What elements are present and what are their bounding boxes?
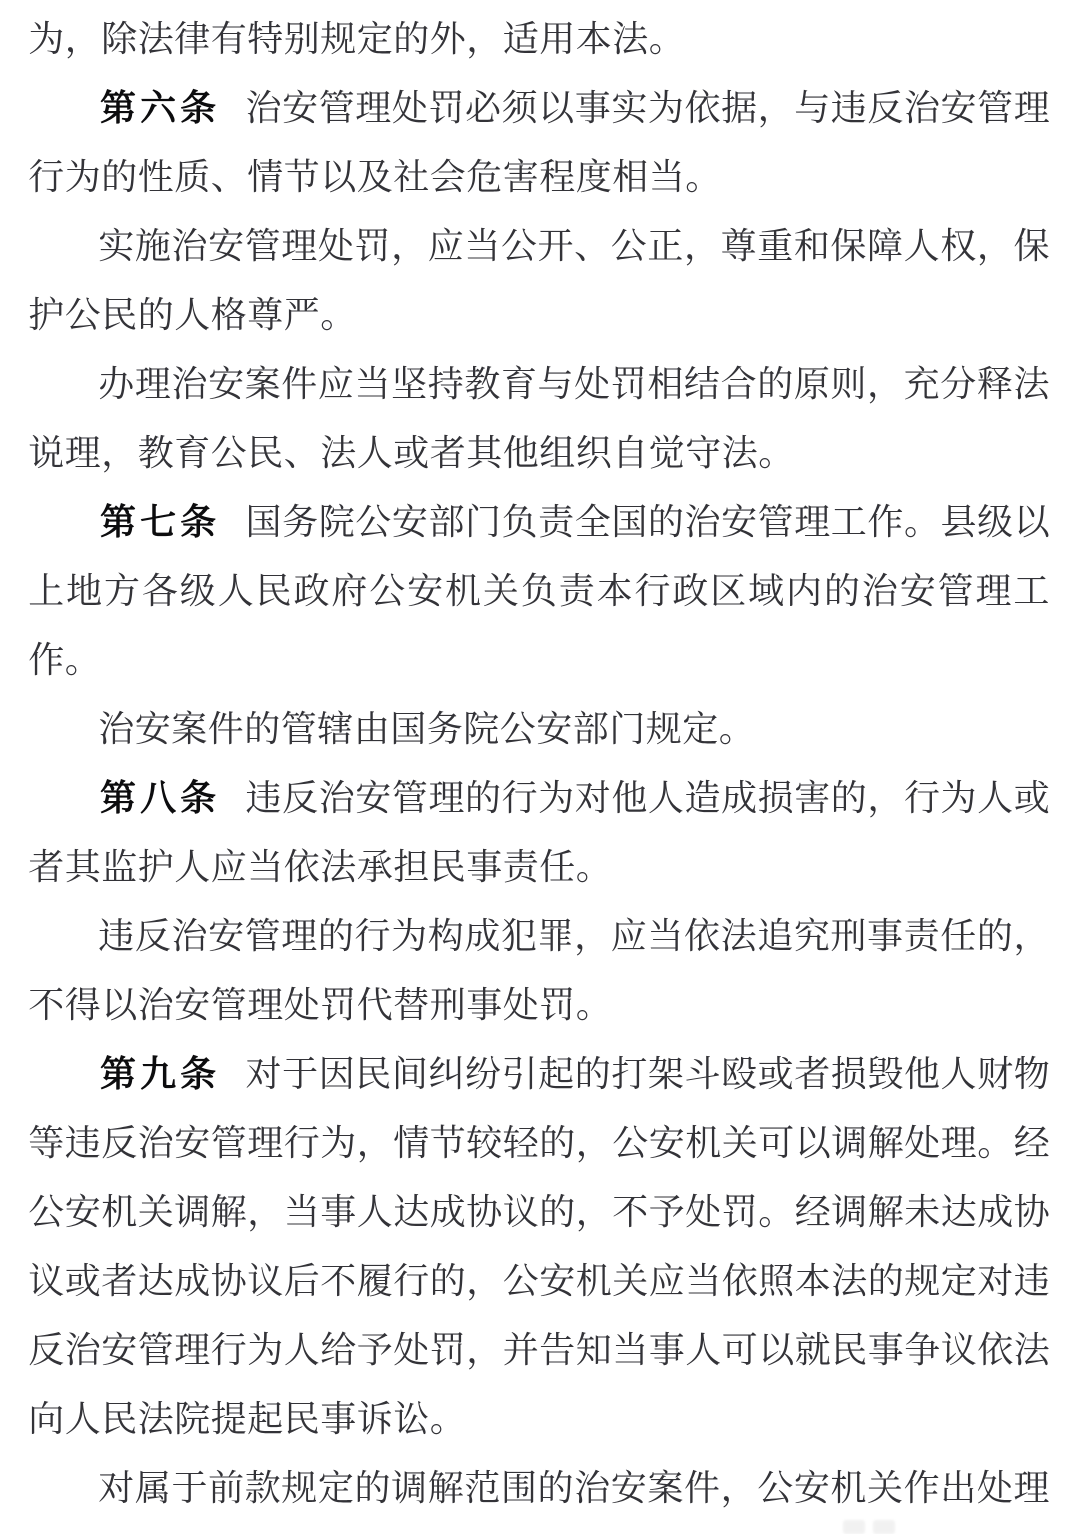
text-char: 应: [318, 364, 355, 406]
text-char: 规: [320, 19, 357, 61]
text-char: 罚: [430, 1330, 467, 1372]
text-char: 理: [247, 985, 284, 1027]
article-first-line: 第八条违反治安管理的行为对他人造成损害的，行为人或: [28, 764, 1050, 833]
text-line: 实施治安管理处罚，应当公开、公正，尊重和保障人权，保: [28, 212, 1050, 281]
text-char: 法: [138, 1399, 175, 1441]
text-char: 及: [357, 157, 394, 199]
text-char: 的: [354, 1468, 391, 1510]
text-char: 的: [393, 19, 430, 61]
text-char: 、: [284, 433, 321, 475]
text-char: 由: [354, 709, 391, 751]
text-char: 充: [903, 364, 940, 406]
article-gap: [218, 798, 245, 799]
text-char: 罚: [320, 985, 357, 1027]
text-char: 用: [539, 19, 576, 61]
text-char: 罚: [611, 364, 648, 406]
text-char: 民: [831, 1330, 868, 1372]
text-char: 者: [101, 1261, 138, 1303]
text-char: 以: [538, 88, 575, 130]
text-char: 的: [318, 916, 355, 958]
text-char: 相: [612, 157, 649, 199]
text-char: 性: [138, 157, 175, 199]
text-char: ，: [684, 226, 721, 268]
text-char: 安: [649, 1123, 686, 1165]
text-char: 不: [28, 985, 65, 1027]
text-char: 的: [868, 1261, 905, 1303]
text-char: 打: [611, 1054, 648, 1096]
text-char: 以: [101, 985, 138, 1027]
text-char: 组: [539, 433, 576, 475]
text-char: 就: [795, 1330, 832, 1372]
text-char: 予: [357, 1330, 394, 1372]
text-char: 。: [576, 847, 613, 889]
text-char: 罪: [537, 916, 574, 958]
text-char: 说: [28, 433, 65, 475]
text-char: 调: [174, 1192, 211, 1234]
text-char: 或: [65, 1261, 102, 1303]
text-char: 正: [647, 226, 684, 268]
text-char: 部: [573, 709, 610, 751]
text-char: 为: [940, 778, 977, 820]
text-char: 权: [940, 226, 977, 268]
text-char: ，: [977, 226, 1014, 268]
text-char: 物: [1013, 1054, 1050, 1096]
text-char: 据: [721, 88, 758, 130]
text-char: 法: [320, 433, 357, 475]
text-char: 反: [101, 1123, 138, 1165]
text-char: 上: [28, 571, 65, 613]
text-char: 法: [612, 19, 649, 61]
text-char: 殴: [721, 1054, 758, 1096]
text-char: 管: [211, 985, 248, 1027]
text-char: 各: [142, 571, 179, 613]
text-char: 调: [391, 1468, 428, 1510]
text-char: 处: [685, 1192, 722, 1234]
text-char: 格: [211, 295, 248, 337]
text-char: 安: [392, 502, 429, 544]
text-char: 以: [320, 157, 357, 199]
text-char: 全: [575, 502, 612, 544]
text-char: 轻: [503, 1123, 540, 1165]
text-char: 前: [208, 1468, 245, 1510]
text-char: 尊: [720, 226, 757, 268]
text-char: 他: [503, 433, 540, 475]
text-char: 公: [28, 1192, 65, 1234]
text-char: 于: [171, 1468, 208, 1510]
text-char: 公: [612, 1123, 649, 1165]
text-char: 机: [830, 1468, 867, 1510]
article-gap: [218, 108, 245, 109]
text-char: 安: [208, 364, 245, 406]
text-char: 的: [465, 778, 502, 820]
text-char: 行: [393, 1261, 430, 1303]
text-char: 件: [281, 364, 318, 406]
text-char: 政: [672, 571, 709, 613]
text-char: 起: [247, 1399, 284, 1441]
text-char: 须: [501, 88, 538, 130]
text-char: 出: [940, 1468, 977, 1510]
text-char: 予: [649, 1192, 686, 1234]
text-char: 提: [211, 1399, 248, 1441]
text-char: 以: [1013, 502, 1050, 544]
text-char: 应: [649, 1261, 686, 1303]
text-line: 者其监护人应当依法承担民事责任。: [28, 833, 1050, 902]
text-char: 违: [1014, 1261, 1051, 1303]
text-char: 辖: [317, 709, 354, 751]
text-char: 管: [318, 88, 355, 130]
text-char: 较: [466, 1123, 503, 1165]
text-char: 反: [282, 778, 319, 820]
text-char: 责: [503, 847, 540, 889]
text-char: 处: [904, 1123, 941, 1165]
text-char: 安: [101, 1330, 138, 1372]
text-char: 于: [282, 1054, 319, 1096]
text-char: 知: [576, 1330, 613, 1372]
text-char: 民: [101, 295, 138, 337]
article-first-line: 第九条对于因民间纠纷引起的打架斗殴或者损毁他人财物: [28, 1040, 1050, 1109]
text-char: 、: [574, 226, 611, 268]
text-char: 部: [428, 502, 465, 544]
text-char: 管: [757, 502, 794, 544]
text-char: 对: [977, 1261, 1014, 1303]
text-char: 罚: [722, 1192, 759, 1234]
article-number-char: 第: [98, 778, 138, 820]
text-char: 公: [501, 226, 538, 268]
text-char: 究: [794, 916, 831, 958]
text-char: 的: [539, 1123, 576, 1165]
text-char: 教: [138, 433, 175, 475]
article-gap: [218, 1074, 245, 1075]
text-char: 成: [977, 1192, 1014, 1234]
text-char: 行: [904, 778, 941, 820]
text-char: 人: [940, 1054, 977, 1096]
text-line: 上地方各级人民政府公安机关负责本行政区域内的治安管理工: [28, 557, 1050, 626]
article-gap: [218, 522, 245, 523]
text-char: 国: [611, 502, 648, 544]
text-char: 原: [794, 364, 831, 406]
text-char: 法: [720, 916, 757, 958]
text-char: 达: [393, 1192, 430, 1234]
text-char: 成: [430, 1192, 467, 1234]
text-char: 管: [244, 916, 281, 958]
text-char: 安: [174, 985, 211, 1027]
text-char: 机: [576, 1261, 613, 1303]
text-char: 质: [174, 157, 211, 199]
text-char: 。: [65, 640, 102, 682]
text-char: 安: [208, 916, 245, 958]
text-char: 公: [500, 709, 537, 751]
text-char: 作: [867, 502, 904, 544]
text-char: 理: [281, 226, 318, 268]
text-char: 当: [354, 364, 391, 406]
text-char: 持: [427, 364, 464, 406]
text-char: 事: [320, 1399, 357, 1441]
text-char: 或: [1013, 778, 1050, 820]
text-char: 当: [649, 157, 686, 199]
article-number-char: 条: [178, 1054, 218, 1096]
text-char: 处: [392, 88, 429, 130]
text-char: ，: [466, 19, 503, 61]
text-char: 定: [941, 1261, 978, 1303]
text-char: 机: [101, 1192, 138, 1234]
text-char: 节: [284, 157, 321, 199]
text-char: 人: [977, 778, 1014, 820]
text-char: ，: [574, 916, 611, 958]
text-char: 达: [941, 1192, 978, 1234]
text-char: 对: [98, 1468, 135, 1510]
text-char: 违: [245, 778, 282, 820]
article-number-char: 条: [178, 778, 218, 820]
text-char: ，: [720, 1468, 757, 1510]
text-char: 反: [867, 88, 904, 130]
text-char: 刑: [830, 916, 867, 958]
text-char: 应: [427, 226, 464, 268]
text-char: 分: [940, 364, 977, 406]
text-char: 属: [135, 1468, 172, 1510]
text-char: 育: [174, 433, 211, 475]
text-char: 事: [466, 847, 503, 889]
text-char: 理: [428, 778, 465, 820]
text-char: 协: [211, 1261, 248, 1303]
text-char: 当: [284, 1192, 321, 1234]
text-char: 负: [501, 502, 538, 544]
text-line: 作。: [28, 626, 1050, 695]
text-char: 安: [794, 1468, 831, 1510]
text-char: 。: [320, 295, 357, 337]
text-char: 起: [538, 1054, 575, 1096]
text-char: 以: [758, 1330, 795, 1372]
text-line: 违反治安管理的行为构成犯罪，应当依法追究刑事责任的，: [28, 902, 1050, 971]
text-char: 人: [65, 1399, 102, 1441]
text-char: 安: [174, 1123, 211, 1165]
text-char: 纷: [465, 1054, 502, 1096]
text-char: 其: [466, 433, 503, 475]
text-char: 公: [757, 1468, 794, 1510]
text-char: 协: [1014, 1192, 1051, 1234]
text-char: 行: [634, 571, 671, 613]
text-char: 办: [98, 364, 135, 406]
text-char: 处: [977, 1468, 1014, 1510]
text-char: 民: [255, 571, 292, 613]
text-char: 解: [868, 1192, 905, 1234]
text-char: 罚: [354, 226, 391, 268]
text-char: 可: [722, 1330, 759, 1372]
text-char: 议: [503, 1192, 540, 1234]
text-char: 定: [318, 1468, 355, 1510]
text-char: 工: [1013, 571, 1050, 613]
text-char: 治: [904, 88, 941, 130]
text-char: 人: [648, 778, 685, 820]
text-char: 国: [245, 502, 282, 544]
text-char: 应: [211, 847, 248, 889]
text-char: 斗: [684, 1054, 721, 1096]
text-char: 违: [831, 88, 868, 130]
text-char: 法: [1014, 1330, 1051, 1372]
text-char: 公: [355, 502, 392, 544]
text-char: 诉: [357, 1399, 394, 1441]
text-char: 人: [685, 1330, 722, 1372]
text-char: 公: [611, 226, 648, 268]
article-number-char: 第: [98, 1054, 138, 1096]
text-char: 事: [649, 1330, 686, 1372]
text-char: 释: [977, 364, 1014, 406]
text-char: ，: [247, 1192, 284, 1234]
text-char: 治: [65, 1330, 102, 1372]
article-number-char: 条: [178, 88, 218, 130]
text-char: 保: [1013, 226, 1050, 268]
text-char: 告: [539, 1330, 576, 1372]
text-char: ，: [101, 433, 138, 475]
text-char: 成: [721, 778, 758, 820]
text-char: 适: [503, 19, 540, 61]
text-line: 向人民法院提起民事诉讼。: [28, 1385, 1050, 1454]
text-char: 织: [576, 433, 613, 475]
text-char: 议: [28, 1261, 65, 1303]
document-page: 为，除法律有特别规定的外，适用本法。第六条治安管理处罚必须以事实为依据，与违反治…: [0, 0, 1080, 1534]
text-char: 讼: [393, 1399, 430, 1441]
text-char: 行: [28, 157, 65, 199]
text-char: 本: [795, 1261, 832, 1303]
text-char: 承: [357, 847, 394, 889]
text-char: 公: [211, 433, 248, 475]
text-char: 议: [941, 1330, 978, 1372]
text-char: 自: [612, 433, 649, 475]
text-line: 公安机关调解，当事人达成协议的，不予处罚。经调解未达成协: [28, 1178, 1050, 1247]
text-line: 议或者达成协议后不履行的，公安机关应当依照本法的规定对违: [28, 1247, 1050, 1316]
text-char: 。: [904, 502, 941, 544]
text-char: 本: [596, 571, 633, 613]
text-char: 节: [430, 1123, 467, 1165]
text-char: 规: [281, 1468, 318, 1510]
text-char: 纠: [428, 1054, 465, 1096]
text-char: 损: [831, 1054, 868, 1096]
text-char: 人: [174, 295, 211, 337]
text-char: 款: [244, 1468, 281, 1510]
text-char: 院: [318, 502, 355, 544]
text-char: 可: [758, 1123, 795, 1165]
text-char: 他: [611, 778, 648, 820]
text-char: 害: [794, 778, 831, 820]
text-char: 其: [65, 847, 102, 889]
text-char: 违: [98, 916, 135, 958]
text-char: 财: [977, 1054, 1014, 1096]
text-char: 严: [284, 295, 321, 337]
text-char: 区: [710, 571, 747, 613]
text-char: 向: [28, 1399, 65, 1441]
text-char: 事: [867, 916, 904, 958]
text-char: 人: [357, 1192, 394, 1234]
text-char: 理: [941, 1123, 978, 1165]
text-char: 监: [101, 847, 138, 889]
text-char: 者: [430, 433, 467, 475]
text-char: 安: [940, 88, 977, 130]
text-char: 内: [786, 571, 823, 613]
text-char: 安: [539, 1261, 576, 1303]
text-char: 理: [1013, 88, 1050, 130]
text-char: 度: [576, 157, 613, 199]
text-char: 关: [138, 1192, 175, 1234]
article-number-char: 条: [178, 502, 218, 544]
text-char: 行: [501, 778, 538, 820]
text-char: 解: [868, 1123, 905, 1165]
text-char: 议: [247, 1261, 284, 1303]
text-char: 国: [390, 709, 427, 751]
text-char: 件: [208, 709, 245, 751]
text-line: 护公民的人格尊严。: [28, 281, 1050, 350]
text-char: 害: [503, 157, 540, 199]
text-char: 责: [903, 916, 940, 958]
text-char: 的: [757, 364, 794, 406]
text-char: 当: [247, 847, 284, 889]
text-char: 关: [722, 1123, 759, 1165]
text-char: 治: [171, 364, 208, 406]
text-char: 对: [575, 778, 612, 820]
text-char: 的: [648, 502, 685, 544]
text-line: 办理治安案件应当坚持教育与处罚相结合的原则，充分释法: [28, 350, 1050, 419]
text-char: 给: [320, 1330, 357, 1372]
text-char: 教: [464, 364, 501, 406]
text-char: 争: [904, 1330, 941, 1372]
text-char: 人: [284, 1330, 321, 1372]
text-char: 治: [171, 226, 208, 268]
text-char: 管: [937, 571, 974, 613]
text-char: 管: [281, 709, 318, 751]
text-char: 管: [977, 88, 1014, 130]
text-char: 犯: [501, 916, 538, 958]
text-char: 政: [293, 571, 330, 613]
text-char: 别: [284, 19, 321, 61]
text-char: 级: [180, 571, 217, 613]
text-char: 安: [208, 226, 245, 268]
text-char: 追: [757, 916, 794, 958]
text-char: 法: [1013, 364, 1050, 406]
text-char: 安: [899, 571, 936, 613]
text-char: 安: [65, 1192, 102, 1234]
text-char: 管: [244, 226, 281, 268]
text-char: 觉: [649, 433, 686, 475]
text-char: 民: [355, 1054, 392, 1096]
text-char: 处: [284, 985, 321, 1027]
text-line: 行为的性质、情节以及社会危害程度相当。: [28, 143, 1050, 212]
text-char: 或: [393, 433, 430, 475]
article-number-char: 第: [98, 88, 138, 130]
text-char: 后: [284, 1261, 321, 1303]
text-char: 人: [174, 847, 211, 889]
text-char: 案: [244, 364, 281, 406]
text-char: 民: [284, 1399, 321, 1441]
text-char: 治: [862, 571, 899, 613]
text-char: 解: [211, 1192, 248, 1234]
text-char: 为: [320, 1123, 357, 1165]
text-char: 治: [98, 709, 135, 751]
text-char: 公: [65, 295, 102, 337]
text-char: 务: [282, 502, 319, 544]
text-char: 。: [977, 1123, 1014, 1165]
text-char: 安: [135, 709, 172, 751]
text-char: 以: [795, 1123, 832, 1165]
text-char: 理: [174, 1330, 211, 1372]
text-char: 危: [466, 157, 503, 199]
text-char: 管: [211, 1123, 248, 1165]
article-number-char: 九: [138, 1054, 178, 1096]
text-char: 本: [576, 19, 613, 61]
text-char: 除: [101, 19, 138, 61]
text-char: 保: [830, 226, 867, 268]
text-line: 等违反治安管理行为，情节较轻的，公安机关可以调解处理。经: [28, 1109, 1050, 1178]
text-char: 门: [609, 709, 646, 751]
text-char: 。: [649, 19, 686, 61]
text-char: 等: [28, 1123, 65, 1165]
